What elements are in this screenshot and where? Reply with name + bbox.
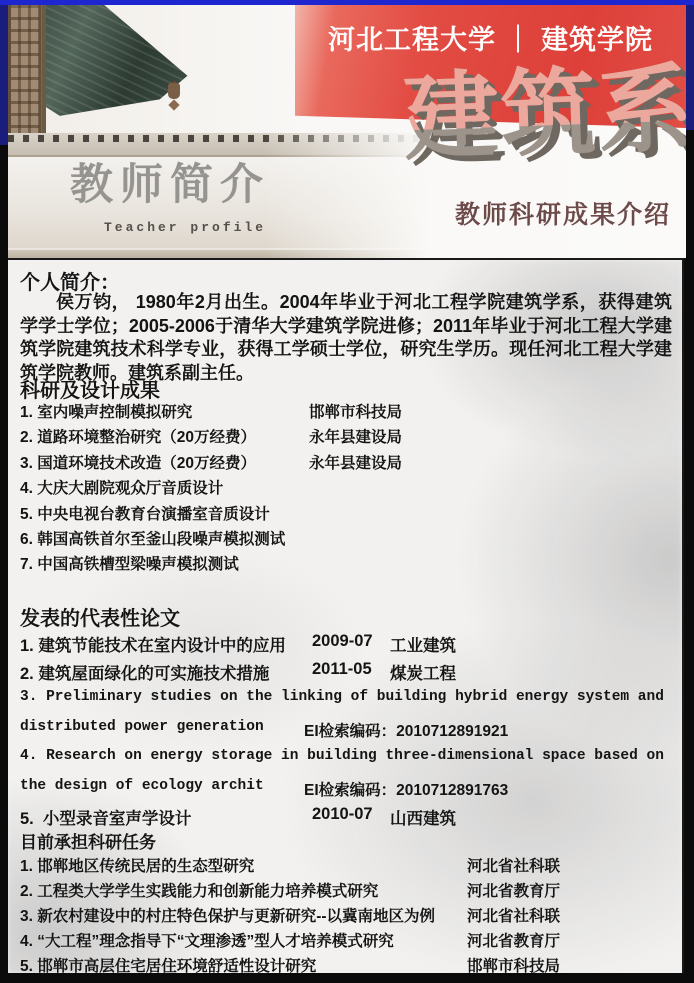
item-title: 5. 中央电视台教育台演播室音质设计 <box>20 506 270 523</box>
list-item: 5. 邯郸市高层住宅居住环境舒适性设计研究邯郸市科技局 <box>20 954 676 973</box>
tasks-heading: 目前承担科研任务 <box>20 828 156 853</box>
header-banner-area: 河北工程大学 ｜ 建筑学院 建筑系 建筑系 建筑系 教师科研成果介绍 教师简介 … <box>8 5 686 258</box>
list-item: 5. 中央电视台教育台演播室音质设计 <box>20 502 676 527</box>
item-org: 邯郸市科技局 <box>309 400 402 422</box>
item-title: 3. 国道环境技术改造（20万经费） <box>20 455 256 472</box>
university-banner: 河北工程大学 ｜ 建筑学院 <box>295 18 686 57</box>
list-item: 1. 室内噪声控制模拟研究邯郸市科技局 <box>20 400 676 425</box>
item-journal: 工业建筑 <box>390 632 456 656</box>
eave-bell-icon <box>168 83 180 99</box>
papers-heading: 发表的代表性论文 <box>20 602 180 631</box>
item-org: 永年县建设局 <box>309 451 402 473</box>
list-item: 4. Research on energy storage in buildin… <box>20 746 676 776</box>
item-title: 3. Preliminary studies on the linking of… <box>20 689 664 705</box>
list-item: distributed power generationEI检索编码：20107… <box>20 717 676 747</box>
item-title: 4. 大庆大剧院观众厅音质设计 <box>20 480 223 497</box>
item-date: 2011-05 <box>312 660 372 679</box>
item-journal: 山西建筑 <box>390 805 456 829</box>
item-journal: 煤炭工程 <box>390 660 456 684</box>
list-item: 2. 道路环境整治研究（20万经费）永年县建设局 <box>20 425 676 450</box>
item-title: 5. 邯郸市高层住宅居住环境舒适性设计研究 <box>20 958 316 973</box>
list-item: 3. Preliminary studies on the linking of… <box>20 687 676 717</box>
list-item: 1. 建筑节能技术在室内设计中的应用2009-07工业建筑 <box>20 632 676 660</box>
top-blue-bar <box>0 0 694 5</box>
wall-title: 教师简介 <box>70 151 270 212</box>
papers-list: 1. 建筑节能技术在室内设计中的应用2009-07工业建筑 2. 建筑屋面绿化的… <box>20 632 676 833</box>
list-item: the design of ecology architEI检索编码：20107… <box>20 776 676 806</box>
item-title: 4. Research on energy storage in buildin… <box>20 748 664 764</box>
item-title: 7. 中国高铁槽型梁噪声模拟测试 <box>20 556 239 573</box>
item-title: 2. 建筑屋面绿化的可实施技术措施 <box>20 665 269 683</box>
item-org: 邯郸市科技局 <box>467 954 560 973</box>
content-area: 个人简介： 侯万钧， 1980年2月出生。2004年毕业于河北工程学院建筑学系，… <box>8 258 684 973</box>
item-org: 河北省教育厅 <box>467 879 560 901</box>
item-title: 2. 工程类大学学生实践能力和创新能力培养模式研究 <box>20 883 378 900</box>
wall-subtitle: Teacher profile <box>104 220 266 235</box>
item-ei-code: EI检索编码：2010712891763 <box>304 778 508 800</box>
list-item: 1. 邯郸地区传统民居的生态型研究河北省社科联 <box>20 854 676 879</box>
item-date: 2010-07 <box>312 805 373 824</box>
lattice-window-graphic <box>8 5 46 137</box>
item-org: 河北省社科联 <box>467 904 560 926</box>
left-navy-border <box>0 5 8 145</box>
item-title: 4. “大工程”理念指导下“文理渗透”型人才培养模式研究 <box>20 933 394 950</box>
item-title: 6. 韩国高铁首尔至釜山段噪声模拟测试 <box>20 531 285 548</box>
list-item: 2. 建筑屋面绿化的可实施技术措施2011-05煤炭工程 <box>20 660 676 688</box>
item-org: 永年县建设局 <box>309 425 402 447</box>
item-title: 1. 室内噪声控制模拟研究 <box>20 404 192 421</box>
item-title: 3. 新农村建设中的村庄特色保护与更新研究--以冀南地区为例 <box>20 908 435 925</box>
item-title: 1. 建筑节能技术在室内设计中的应用 <box>20 637 286 655</box>
list-item: 3. 国道环境技术改造（20万经费）永年县建设局 <box>20 451 676 476</box>
right-navy-border <box>686 5 694 130</box>
list-item: 4. 大庆大剧院观众厅音质设计 <box>20 476 676 501</box>
list-item: 2. 工程类大学学生实践能力和创新能力培养模式研究河北省教育厅 <box>20 879 676 904</box>
list-item: 7. 中国高铁槽型梁噪声模拟测试 <box>20 552 676 577</box>
list-item: 3. 新农村建设中的村庄特色保护与更新研究--以冀南地区为例河北省社科联 <box>20 904 676 929</box>
teacher-profile-poster: 河北工程大学 ｜ 建筑学院 建筑系 建筑系 建筑系 教师科研成果介绍 教师简介 … <box>0 0 694 983</box>
item-title: 1. 邯郸地区传统民居的生态型研究 <box>20 858 254 875</box>
item-date: 2009-07 <box>312 632 373 651</box>
list-item: 4. “大工程”理念指导下“文理渗透”型人才培养模式研究河北省教育厅 <box>20 929 676 954</box>
item-title: distributed power generation <box>20 719 264 735</box>
item-title: 2. 道路环境整治研究（20万经费） <box>20 429 256 446</box>
intro-body: 侯万钧， 1980年2月出生。2004年毕业于河北工程学院建筑学系，获得建筑学学… <box>20 291 672 385</box>
header-subtitle: 教师科研成果介绍 <box>440 195 686 231</box>
item-title: 5. 小型录音室声学设计 <box>20 810 191 828</box>
research-list: 1. 室内噪声控制模拟研究邯郸市科技局 2. 道路环境整治研究（20万经费）永年… <box>20 400 676 578</box>
item-title: the design of ecology archit <box>20 778 264 794</box>
department-title: 建筑系 建筑系 建筑系 <box>402 58 686 186</box>
item-ei-code: EI检索编码：2010712891921 <box>304 719 508 741</box>
item-org: 河北省教育厅 <box>467 929 560 951</box>
list-item: 6. 韩国高铁首尔至釜山段噪声模拟测试 <box>20 527 676 552</box>
item-org: 河北省社科联 <box>467 854 560 876</box>
tasks-list: 1. 邯郸地区传统民居的生态型研究河北省社科联 2. 工程类大学学生实践能力和创… <box>20 854 676 973</box>
research-heading: 科研及设计成果 <box>20 374 160 403</box>
